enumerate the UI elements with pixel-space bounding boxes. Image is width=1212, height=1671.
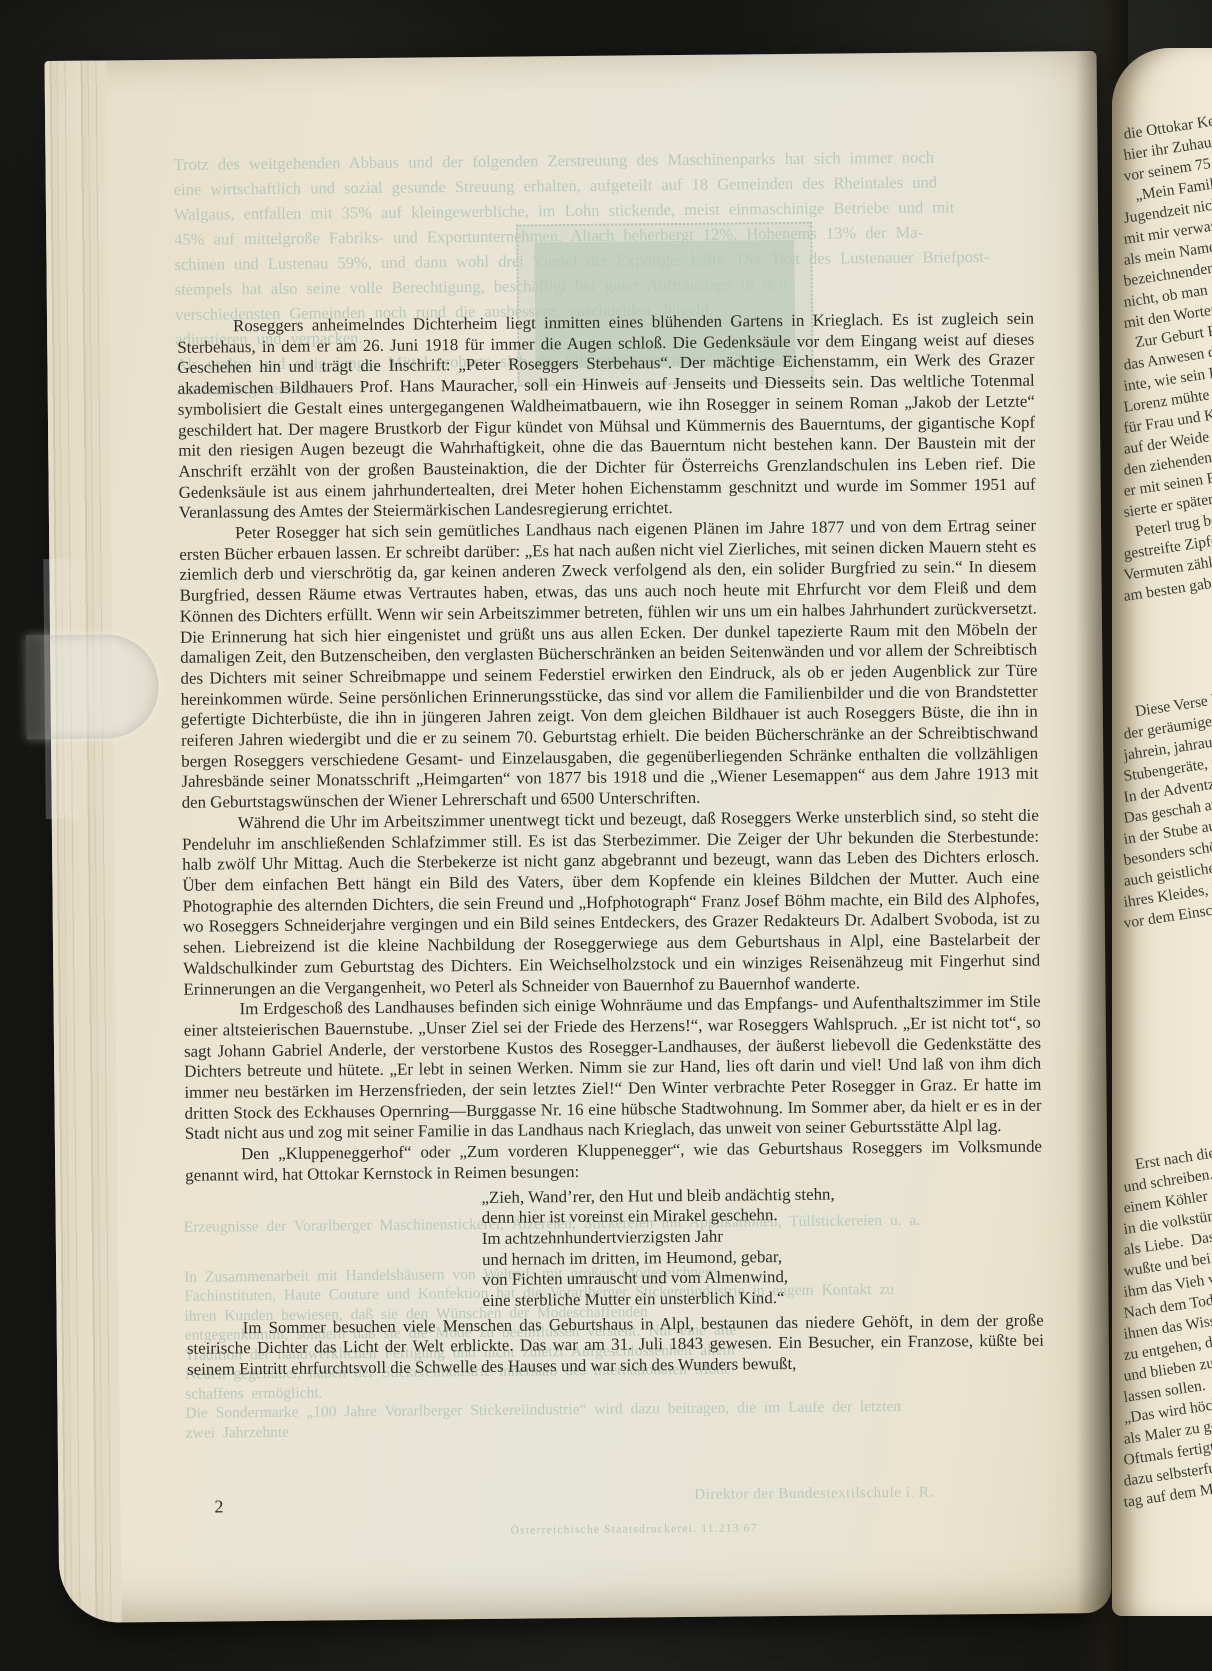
facing-fragments-bottom: Erst nach dieser Aund schreiben. Die Mut… [1124,1156,1212,1513]
paragraph: Den „Kluppeneggerhof“ oder „Zum vorderen… [185,1137,1042,1187]
facing-fragments-mid: Diese Verse bekunder geräumigen Stube de… [1124,703,1212,934]
paragraph: Im Erdgeschoß des Landhauses befinden si… [184,992,1042,1145]
ghost-credit-line: Direktor der Bundestextilschule i. R. [694,1485,933,1504]
closing-paragraph: Im Sommer besuchen viele Menschen das Ge… [187,1310,1045,1380]
paragraph: Während die Uhr im Arbeitszimmer unentwe… [182,805,1041,1000]
ghost-printer-imprint: Österreichische Staatsdruckerei. 11.213 … [511,1522,758,1536]
kernstock-poem: „Zieh, Wand’rer, den Hut und bleib andäc… [481,1182,1043,1312]
facing-page-edge: die Ottokar Kernstock in shier ihr Zuhau… [1112,48,1212,1616]
paragraph: Peter Rosegger hat sich sein gemütliches… [179,516,1039,814]
facing-fragments-top: die Ottokar Kernstock in shier ihr Zuhau… [1124,124,1212,607]
paragraphs: Roseggers anheimelndes Dichterheim liegt… [177,309,1042,1187]
paragraph: Roseggers anheimelndes Dichterheim liegt… [177,309,1036,524]
page-holder-clip [26,634,159,739]
poem-line: eine sterbliche Mutter ein unsterblich K… [482,1286,1043,1312]
page-number: 2 [214,1496,223,1517]
facing-page-text: die Ottokar Kernstock in shier ihr Zuhau… [1124,124,1212,1513]
body-text-column: Roseggers anheimelndes Dichterheim liegt… [177,309,1044,1381]
scanned-left-page: Trotz des weitgehenden Abbaus und der fo… [45,51,1112,1623]
